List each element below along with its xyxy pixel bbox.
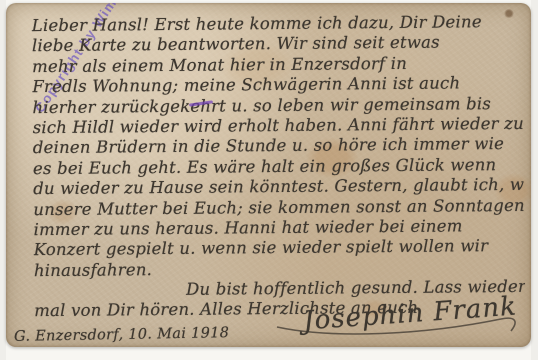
postcard: Copyright by Wimstore Lieber Hansl! Erst… [6, 3, 531, 347]
place-date-line: G. Enzersdorf, 10. Mai 1918 [14, 325, 229, 345]
handwritten-body: Lieber Hansl! Erst heute komme ich dazu,… [32, 12, 526, 322]
handwriting-line: Konzert gespielt u. wenn sie wieder spie… [34, 236, 525, 261]
